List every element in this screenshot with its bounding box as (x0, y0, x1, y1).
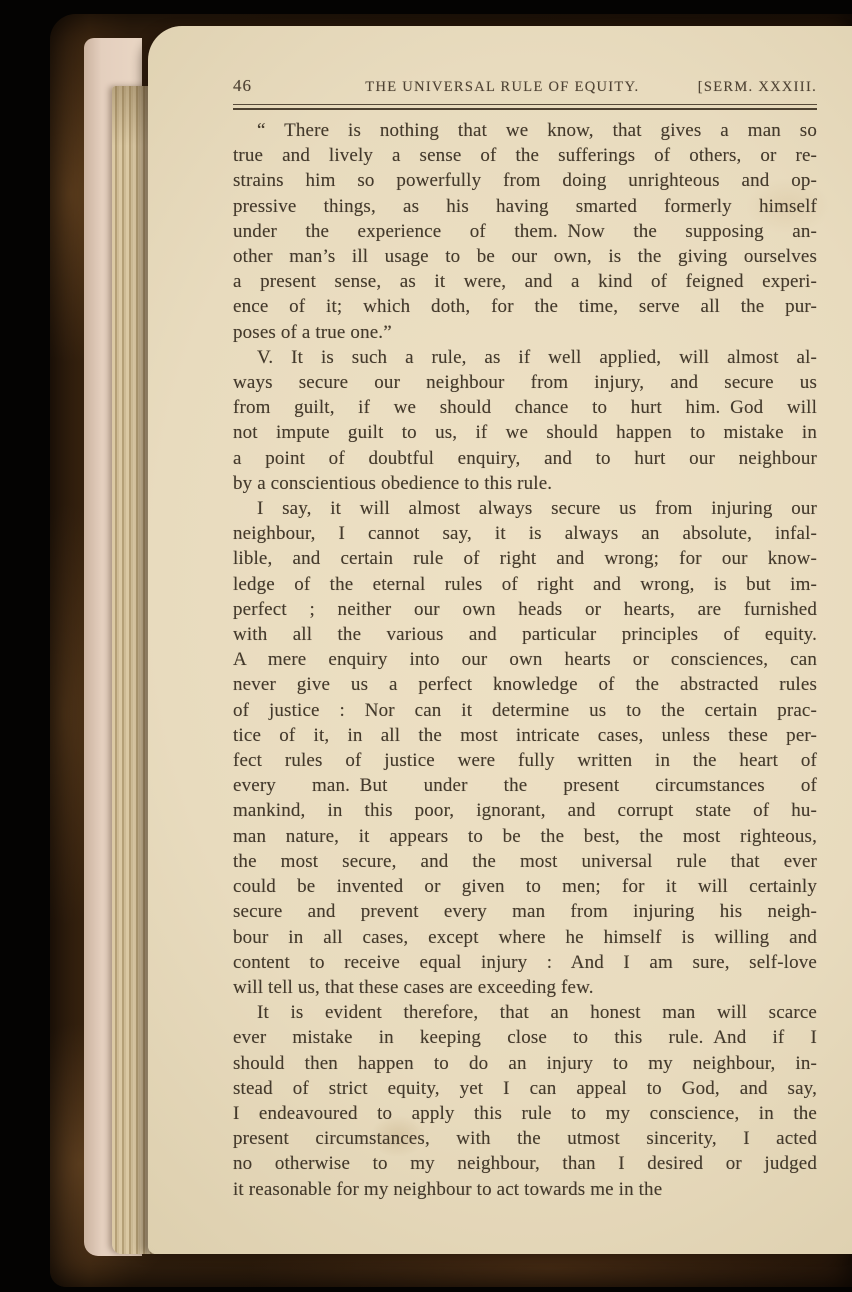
page-header: 46 THE UNIVERSAL RULE OF EQUITY. [SERM. … (233, 76, 817, 96)
text-line: secure and prevent every man from injuri… (233, 899, 817, 924)
text-line: man nature, it appears to be the best, t… (233, 824, 817, 849)
text-line: ways secure our neighbour from injury, a… (233, 370, 817, 395)
text-line: never give us a perfect knowledge of the… (233, 672, 817, 697)
text-line: pressive things, as his having smarted f… (233, 194, 817, 219)
text-line: “ There is nothing that we know, that gi… (233, 118, 817, 143)
text-line: perfect ; neither our own heads or heart… (233, 597, 817, 622)
text-line: true and lively a sense of the suffering… (233, 143, 817, 168)
header-rule (233, 104, 817, 110)
text-line: neighbour, I cannot say, it is always an… (233, 521, 817, 546)
text-line: it reasonable for my neighbour to act to… (233, 1177, 817, 1202)
text-line: lible, and certain rule of right and wro… (233, 546, 817, 571)
text-line: no otherwise to my neighbour, than I des… (233, 1151, 817, 1176)
text-line: It is evident therefore, that an honest … (233, 1000, 817, 1025)
text-line: bour in all cases, except where he himse… (233, 925, 817, 950)
text-line: V. It is such a rule, as if well applied… (233, 345, 817, 370)
text-line: ence of it; which doth, for the time, se… (233, 294, 817, 319)
text-line: the most secure, and the most universal … (233, 849, 817, 874)
text-line: should then happen to do an injury to my… (233, 1051, 817, 1076)
paragraph: “ There is nothing that we know, that gi… (233, 118, 817, 345)
text-line: fect rules of justice were fully written… (233, 748, 817, 773)
text-line: from guilt, if we should chance to hurt … (233, 395, 817, 420)
text-line: ledge of the eternal rules of right and … (233, 572, 817, 597)
paragraph: It is evident therefore, that an honest … (233, 1000, 817, 1202)
text-line: A mere enquiry into our own hearts or co… (233, 647, 817, 672)
text-line: ever mistake in keeping close to this ru… (233, 1025, 817, 1050)
text-line: stead of strict equity, yet I can appeal… (233, 1076, 817, 1101)
text-line: could be invented or given to men; for i… (233, 874, 817, 899)
text-line: of justice : Nor can it determine us to … (233, 698, 817, 723)
paragraph: V. It is such a rule, as if well applied… (233, 345, 817, 496)
text-line: tice of it, in all the most intricate ca… (233, 723, 817, 748)
text-line: I endeavoured to apply this rule to my c… (233, 1101, 817, 1126)
text-line: content to receive equal injury : And I … (233, 950, 817, 975)
running-title: THE UNIVERSAL RULE OF EQUITY. (307, 79, 698, 96)
text-line: will tell us, that these cases are excee… (233, 975, 817, 1000)
text-block: 46 THE UNIVERSAL RULE OF EQUITY. [SERM. … (233, 76, 817, 1202)
text-line: other man’s ill usage to be our own, is … (233, 244, 817, 269)
book-page: 46 THE UNIVERSAL RULE OF EQUITY. [SERM. … (148, 26, 852, 1254)
text-line: under the experience of them. Now the su… (233, 219, 817, 244)
text-line: present circumstances, with the utmost s… (233, 1126, 817, 1151)
text-line: mankind, in this poor, ignorant, and cor… (233, 798, 817, 823)
text-line: I say, it will almost always secure us f… (233, 496, 817, 521)
paragraph: I say, it will almost always secure us f… (233, 496, 817, 1000)
text-line: every man. But under the present circums… (233, 773, 817, 798)
text-line: with all the various and particular prin… (233, 622, 817, 647)
body-text: “ There is nothing that we know, that gi… (233, 118, 817, 1202)
sermon-reference: [SERM. XXXIII. (698, 79, 817, 96)
text-line: a present sense, as it were, and a kind … (233, 269, 817, 294)
text-line: by a conscientious obedience to this rul… (233, 471, 817, 496)
text-line: a point of doubtful enquiry, and to hurt… (233, 446, 817, 471)
page-number: 46 (233, 76, 307, 96)
photo-background: 46 THE UNIVERSAL RULE OF EQUITY. [SERM. … (0, 0, 852, 1292)
text-line: strains him so powerfully from doing unr… (233, 168, 817, 193)
text-line: poses of a true one.” (233, 320, 817, 345)
text-line: not impute guilt to us, if we should hap… (233, 420, 817, 445)
